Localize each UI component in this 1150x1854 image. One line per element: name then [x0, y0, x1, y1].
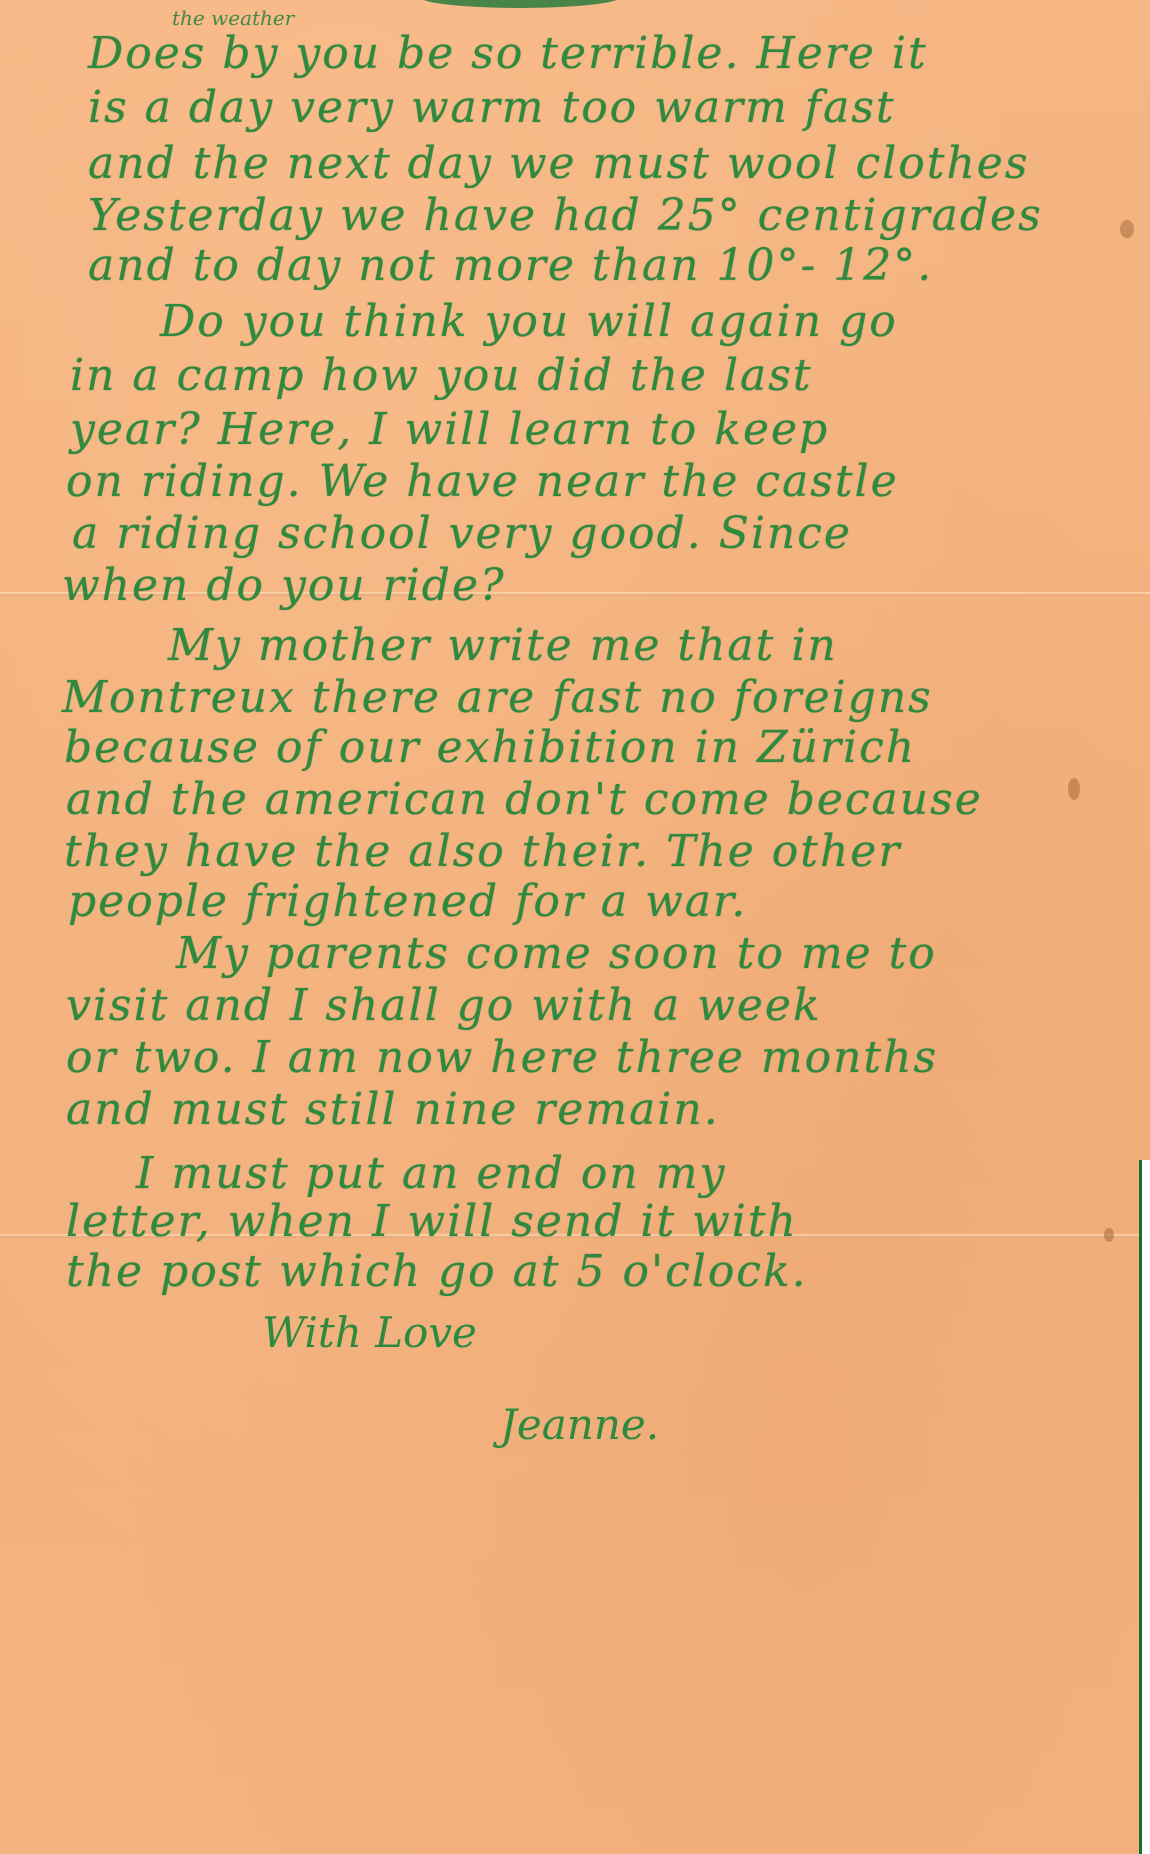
stain	[1104, 1228, 1114, 1242]
letter-line: people frightened for a war.	[68, 876, 747, 927]
letter-line: because of our exhibition in Zürich	[64, 722, 916, 773]
letter-line: when do you ride?	[62, 560, 506, 611]
letter-line: Montreux there are fast no foreigns	[62, 672, 933, 723]
closing: With Love	[262, 1308, 477, 1357]
page-edge	[1139, 1160, 1150, 1854]
letter-line: My mother write me that in	[168, 620, 838, 671]
letter-page: the weather Does by you be so terrible. …	[0, 0, 1150, 1854]
letter-line: Yesterday we have had 25° centigrades	[88, 190, 1043, 241]
ink-blot	[420, 0, 620, 8]
letter-line: My parents come soon to me to	[176, 928, 937, 979]
letter-line: I must put an end on my	[136, 1148, 726, 1199]
letter-line: the post which go at 5 o'clock.	[66, 1246, 808, 1297]
letter-line: Do you think you will again go	[160, 296, 898, 347]
letter-line: in a camp how you did the last	[70, 350, 813, 401]
letter-line: they have the also their. The other	[64, 826, 901, 877]
letter-line: and the american don't come because	[66, 774, 983, 825]
stain	[1068, 778, 1080, 800]
signature: Jeanne.	[500, 1400, 659, 1449]
letter-line: is a day very warm too warm fast	[88, 82, 896, 133]
stain	[1120, 220, 1134, 238]
interlinear-insert: the weather	[172, 6, 294, 30]
letter-line: Does by you be so terrible. Here it	[88, 28, 928, 79]
letter-line: on riding. We have near the castle	[66, 456, 899, 507]
letter-line: and to day not more than 10°- 12°.	[88, 240, 933, 291]
letter-line: a riding school very good. Since	[72, 508, 852, 559]
letter-line: and must still nine remain.	[66, 1084, 720, 1135]
letter-line: and the next day we must wool clothes	[88, 138, 1029, 189]
letter-line: year? Here, I will learn to keep	[70, 404, 829, 455]
letter-line: visit and I shall go with a week	[66, 980, 822, 1031]
letter-line: or two. I am now here three months	[66, 1032, 938, 1083]
letter-line: letter, when I will send it with	[66, 1196, 798, 1247]
bleed-through	[120, 1480, 1020, 1500]
